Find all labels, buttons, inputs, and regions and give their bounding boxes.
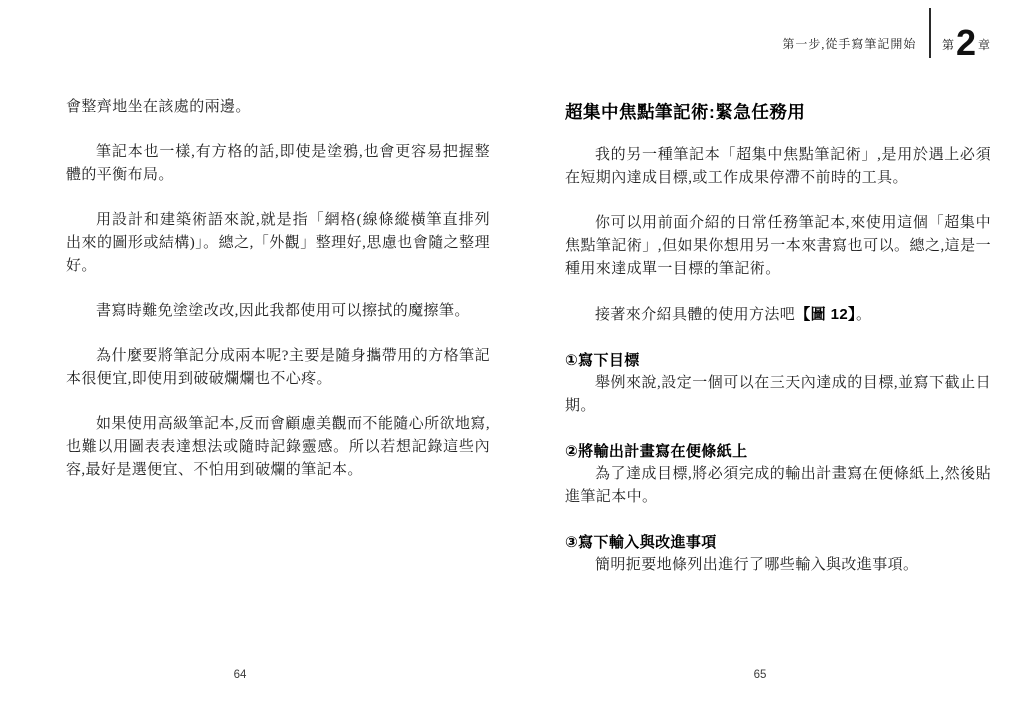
paragraph: 用設計和建築術語來說,就是指「網格(線條縱橫筆直排列出來的圖形或結構)」。總之,… bbox=[66, 209, 490, 278]
step-title: ③寫下輸入與改進事項 bbox=[565, 531, 991, 554]
paragraph: 筆記本也一樣,有方格的話,即使是塗鴉,也會更容易把握整體的平衡布局。 bbox=[66, 141, 490, 187]
paragraph: 你可以用前面介紹的日常任務筆記本,來使用這個「超集中焦點筆記術」,但如果你想用另… bbox=[565, 212, 991, 281]
step-title: ②將輸出計畫寫在便條紙上 bbox=[565, 440, 991, 463]
book-spread: 第一步,從手寫筆記開始 第 2 章 會整齊地坐在該處的兩邊。 筆記本也一樣,有方… bbox=[0, 0, 1024, 727]
chapter-prefix: 第 bbox=[942, 36, 954, 53]
step-item: ③寫下輸入與改進事項 簡明扼要地條列出進行了哪些輸入與改進事項。 bbox=[565, 531, 991, 577]
step-body: 簡明扼要地條列出進行了哪些輸入與改進事項。 bbox=[565, 554, 991, 577]
step-item: ①寫下目標 舉例來說,設定一個可以在三天內達成的目標,並寫下截止日期。 bbox=[565, 349, 991, 418]
paragraph: 如果使用高級筆記本,反而會顧慮美觀而不能隨心所欲地寫,也難以用圖表表達想法或隨時… bbox=[66, 413, 490, 482]
chapter-number: 2 bbox=[956, 28, 976, 58]
header-divider-line bbox=[929, 8, 931, 58]
right-page: 超集中焦點筆記術:緊急任務用 我的另一種筆記本「超集中焦點筆記術」,是用於遇上必… bbox=[565, 99, 991, 599]
figure-sentence-prefix: 接著來介紹具體的使用方法吧 bbox=[595, 307, 795, 323]
chapter-marker: 第 2 章 bbox=[942, 28, 990, 58]
figure-sentence-suffix: 。 bbox=[856, 307, 871, 323]
paragraph: 為什麼要將筆記分成兩本呢?主要是隨身攜帶用的方格筆記本很便宜,即使用到破破爛爛也… bbox=[66, 345, 490, 391]
figure-paragraph: 接著來介紹具體的使用方法吧【圖 12】。 bbox=[565, 303, 991, 327]
paragraph: 會整齊地坐在該處的兩邊。 bbox=[66, 96, 490, 119]
figure-reference: 【圖 12】 bbox=[795, 306, 856, 323]
step-title: ①寫下目標 bbox=[565, 349, 991, 372]
step-body: 舉例來說,設定一個可以在三天內達成的目標,並寫下截止日期。 bbox=[565, 372, 991, 418]
step-body: 為了達成目標,將必須完成的輸出計畫寫在便條紙上,然後貼進筆記本中。 bbox=[565, 463, 991, 509]
section-heading: 超集中焦點筆記術:緊急任務用 bbox=[565, 99, 991, 125]
paragraph: 我的另一種筆記本「超集中焦點筆記術」,是用於遇上必須在短期內達成目標,或工作成果… bbox=[565, 144, 991, 190]
paragraph: 書寫時難免塗塗改改,因此我都使用可以擦拭的魔擦筆。 bbox=[66, 300, 490, 323]
running-title: 第一步,從手寫筆記開始 bbox=[782, 35, 916, 52]
page-number-right: 65 bbox=[745, 669, 775, 681]
chapter-suffix: 章 bbox=[978, 36, 990, 53]
page-header: 第一步,從手寫筆記開始 第 2 章 bbox=[782, 8, 990, 58]
page-number-left: 64 bbox=[225, 669, 255, 681]
step-item: ②將輸出計畫寫在便條紙上 為了達成目標,將必須完成的輸出計畫寫在便條紙上,然後貼… bbox=[565, 440, 991, 509]
left-page: 會整齊地坐在該處的兩邊。 筆記本也一樣,有方格的話,即使是塗鴉,也會更容易把握整… bbox=[66, 96, 490, 504]
